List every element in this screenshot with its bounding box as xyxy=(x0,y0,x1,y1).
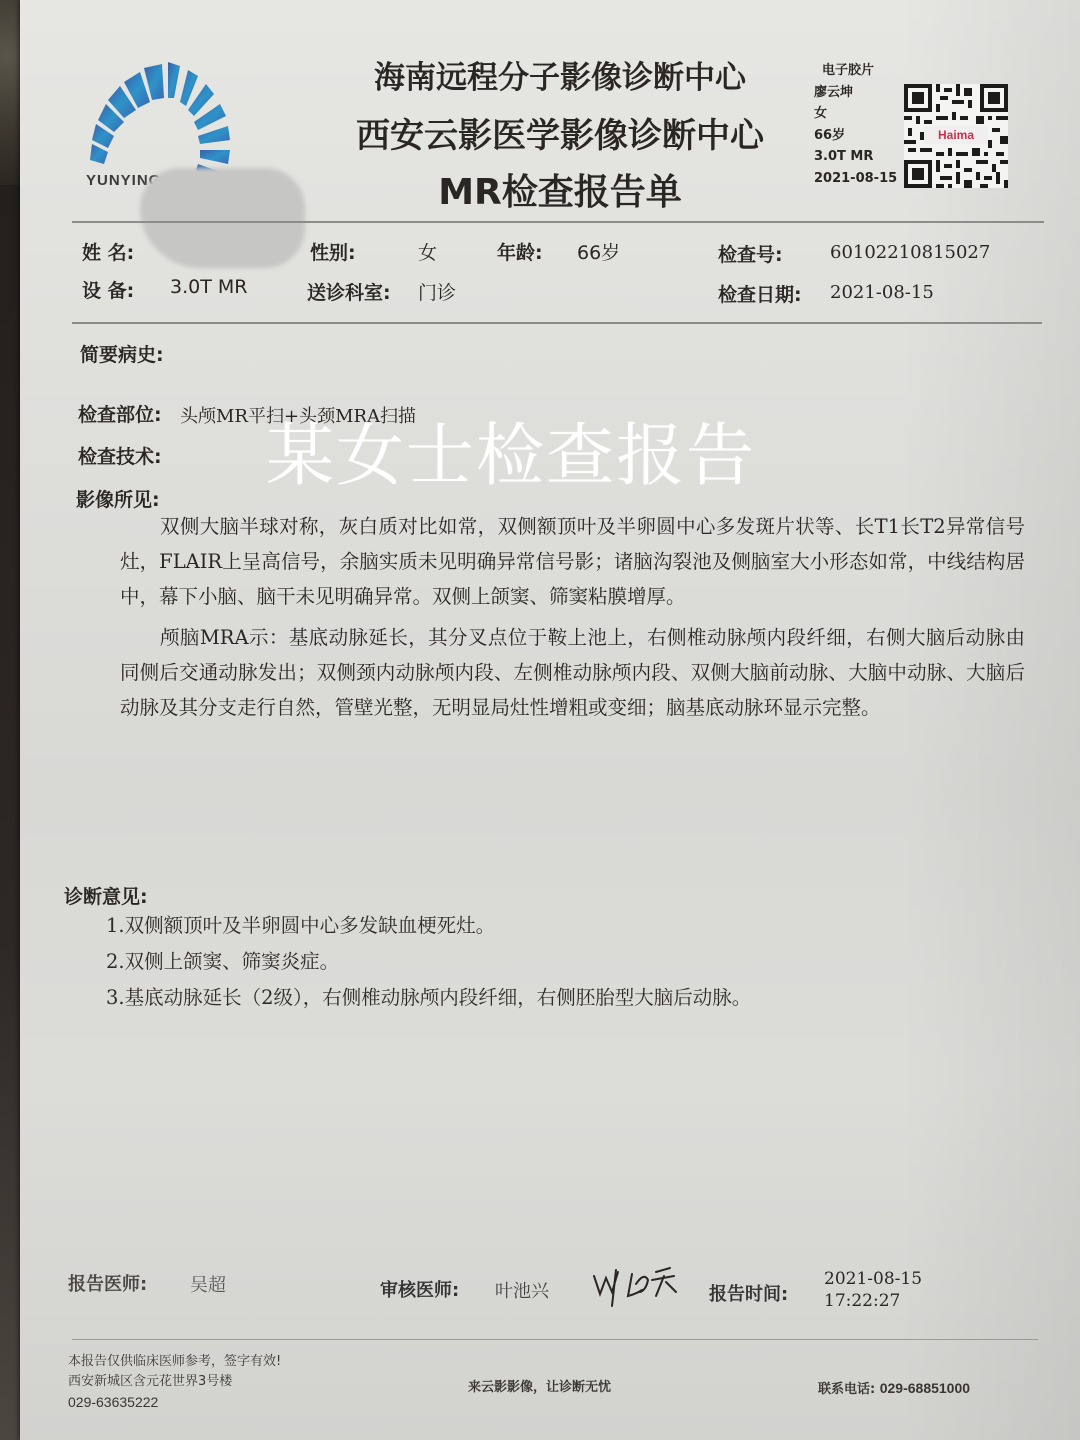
footer-divider xyxy=(72,1339,1038,1340)
info-divider xyxy=(72,322,1042,324)
report-date: 2021-08-15 xyxy=(824,1268,922,1290)
report-time-label: 报告时间: xyxy=(709,1280,788,1306)
film-age: 66岁 xyxy=(814,125,897,147)
department-value: 门诊 xyxy=(418,278,456,305)
watermark-overlay: 某女士检查报告 xyxy=(266,402,756,499)
sex-value: 女 xyxy=(418,238,437,265)
department-label: 送诊科室: xyxy=(307,278,391,305)
electronic-film-info: 电子胶片 廖云坤 女 66岁 3.0T MR 2021-08-15 xyxy=(814,60,897,189)
film-date: 2021-08-15 xyxy=(814,168,897,190)
age-value: 66岁 xyxy=(577,238,620,265)
qr-code-icon[interactable]: Haima xyxy=(904,84,1008,188)
sex-label: 性别: xyxy=(310,238,356,265)
header-divider xyxy=(72,221,1044,223)
qr-brand-label: Haima xyxy=(924,126,988,144)
findings-body: 双侧大脑半球对称，灰白质对比如常，双侧额顶叶及半卵圆中心多发斑片状等、长T1长T… xyxy=(120,509,1025,725)
device-label: 设 备: xyxy=(82,276,134,303)
film-device: 3.0T MR xyxy=(814,146,897,168)
center-title-xian: 西安云影医学影像诊断中心 xyxy=(300,108,820,157)
exam-site-label: 检查部位: xyxy=(78,400,162,427)
contact-label: 联系电话: xyxy=(818,1382,875,1397)
diagnosis-label: 诊断意见: xyxy=(64,882,148,909)
age-label: 年龄: xyxy=(497,238,543,265)
address-text: 西安新城区含元花世界3号楼 xyxy=(68,1372,281,1392)
film-title: 电子胶片 xyxy=(822,60,897,82)
center-title-hainan: 海南远程分子影像诊断中心 xyxy=(300,52,820,97)
redacted-name-blur xyxy=(140,168,305,268)
contact-value: 029-68851000 xyxy=(880,1380,970,1396)
device-value: 3.0T MR xyxy=(170,276,247,298)
diagnosis-list: 1.双侧额顶叶及半卵圆中心多发缺血梗死灶。 2.双侧上颌窦、筛窦炎症。 3.基底… xyxy=(106,908,751,1016)
film-patient-name: 廖云坤 xyxy=(814,82,897,104)
disclaimer-text: 本报告仅供临床医师参考，签字有效! xyxy=(68,1352,281,1372)
exam-number-label: 检查号: xyxy=(718,240,783,267)
findings-label: 影像所见: xyxy=(76,485,160,512)
history-label: 简要病史: xyxy=(80,340,164,367)
report-title: MR检查报告单 xyxy=(300,164,820,215)
reviewing-physician-label: 审核医师: xyxy=(380,1276,459,1302)
phone-left: 029-63635222 xyxy=(68,1392,281,1412)
reviewing-physician-value: 叶池兴 xyxy=(495,1277,549,1303)
footer-left: 本报告仅供临床医师参考，签字有效! 西安新城区含元花世界3号楼 029-6363… xyxy=(68,1352,281,1412)
findings-paragraph-brain: 双侧大脑半球对称，灰白质对比如常，双侧额顶叶及半卵圆中心多发斑片状等、长T1长T… xyxy=(120,509,1025,614)
reporting-physician-value: 吴超 xyxy=(190,1271,226,1297)
report-time-value: 2021-08-15 17:22:27 xyxy=(824,1268,922,1312)
exam-date-value: 2021-08-15 xyxy=(830,282,934,303)
exam-number-value: 60102210815027 xyxy=(830,242,990,263)
exam-date-label: 检查日期: xyxy=(718,280,802,307)
film-sex: 女 xyxy=(814,103,897,125)
reporting-physician-label: 报告医师: xyxy=(68,1270,147,1296)
contact-phone: 联系电话: 029-68851000 xyxy=(818,1378,970,1400)
handwritten-signature-icon xyxy=(592,1262,702,1316)
findings-paragraph-mra: 颅脑MRA示：基底动脉延长，其分叉点位于鞍上池上，右侧椎动脉颅内段纤细，右侧大脑… xyxy=(120,620,1025,725)
diagnosis-item: 1.双侧额顶叶及半卵圆中心多发缺血梗死灶。 xyxy=(106,908,751,944)
diagnosis-item: 3.基底动脉延长（2级），右侧椎动脉颅内段纤细，右侧胚胎型大脑后动脉。 xyxy=(106,980,751,1016)
diagnosis-item: 2.双侧上颌窦、筛窦炎症。 xyxy=(106,944,751,980)
slogan-text: 来云影影像，让诊断无忧 xyxy=(468,1378,611,1398)
report-time: 17:22:27 xyxy=(824,1290,922,1312)
exam-technique-label: 检查技术: xyxy=(78,442,162,469)
name-label: 姓 名: xyxy=(82,238,134,265)
